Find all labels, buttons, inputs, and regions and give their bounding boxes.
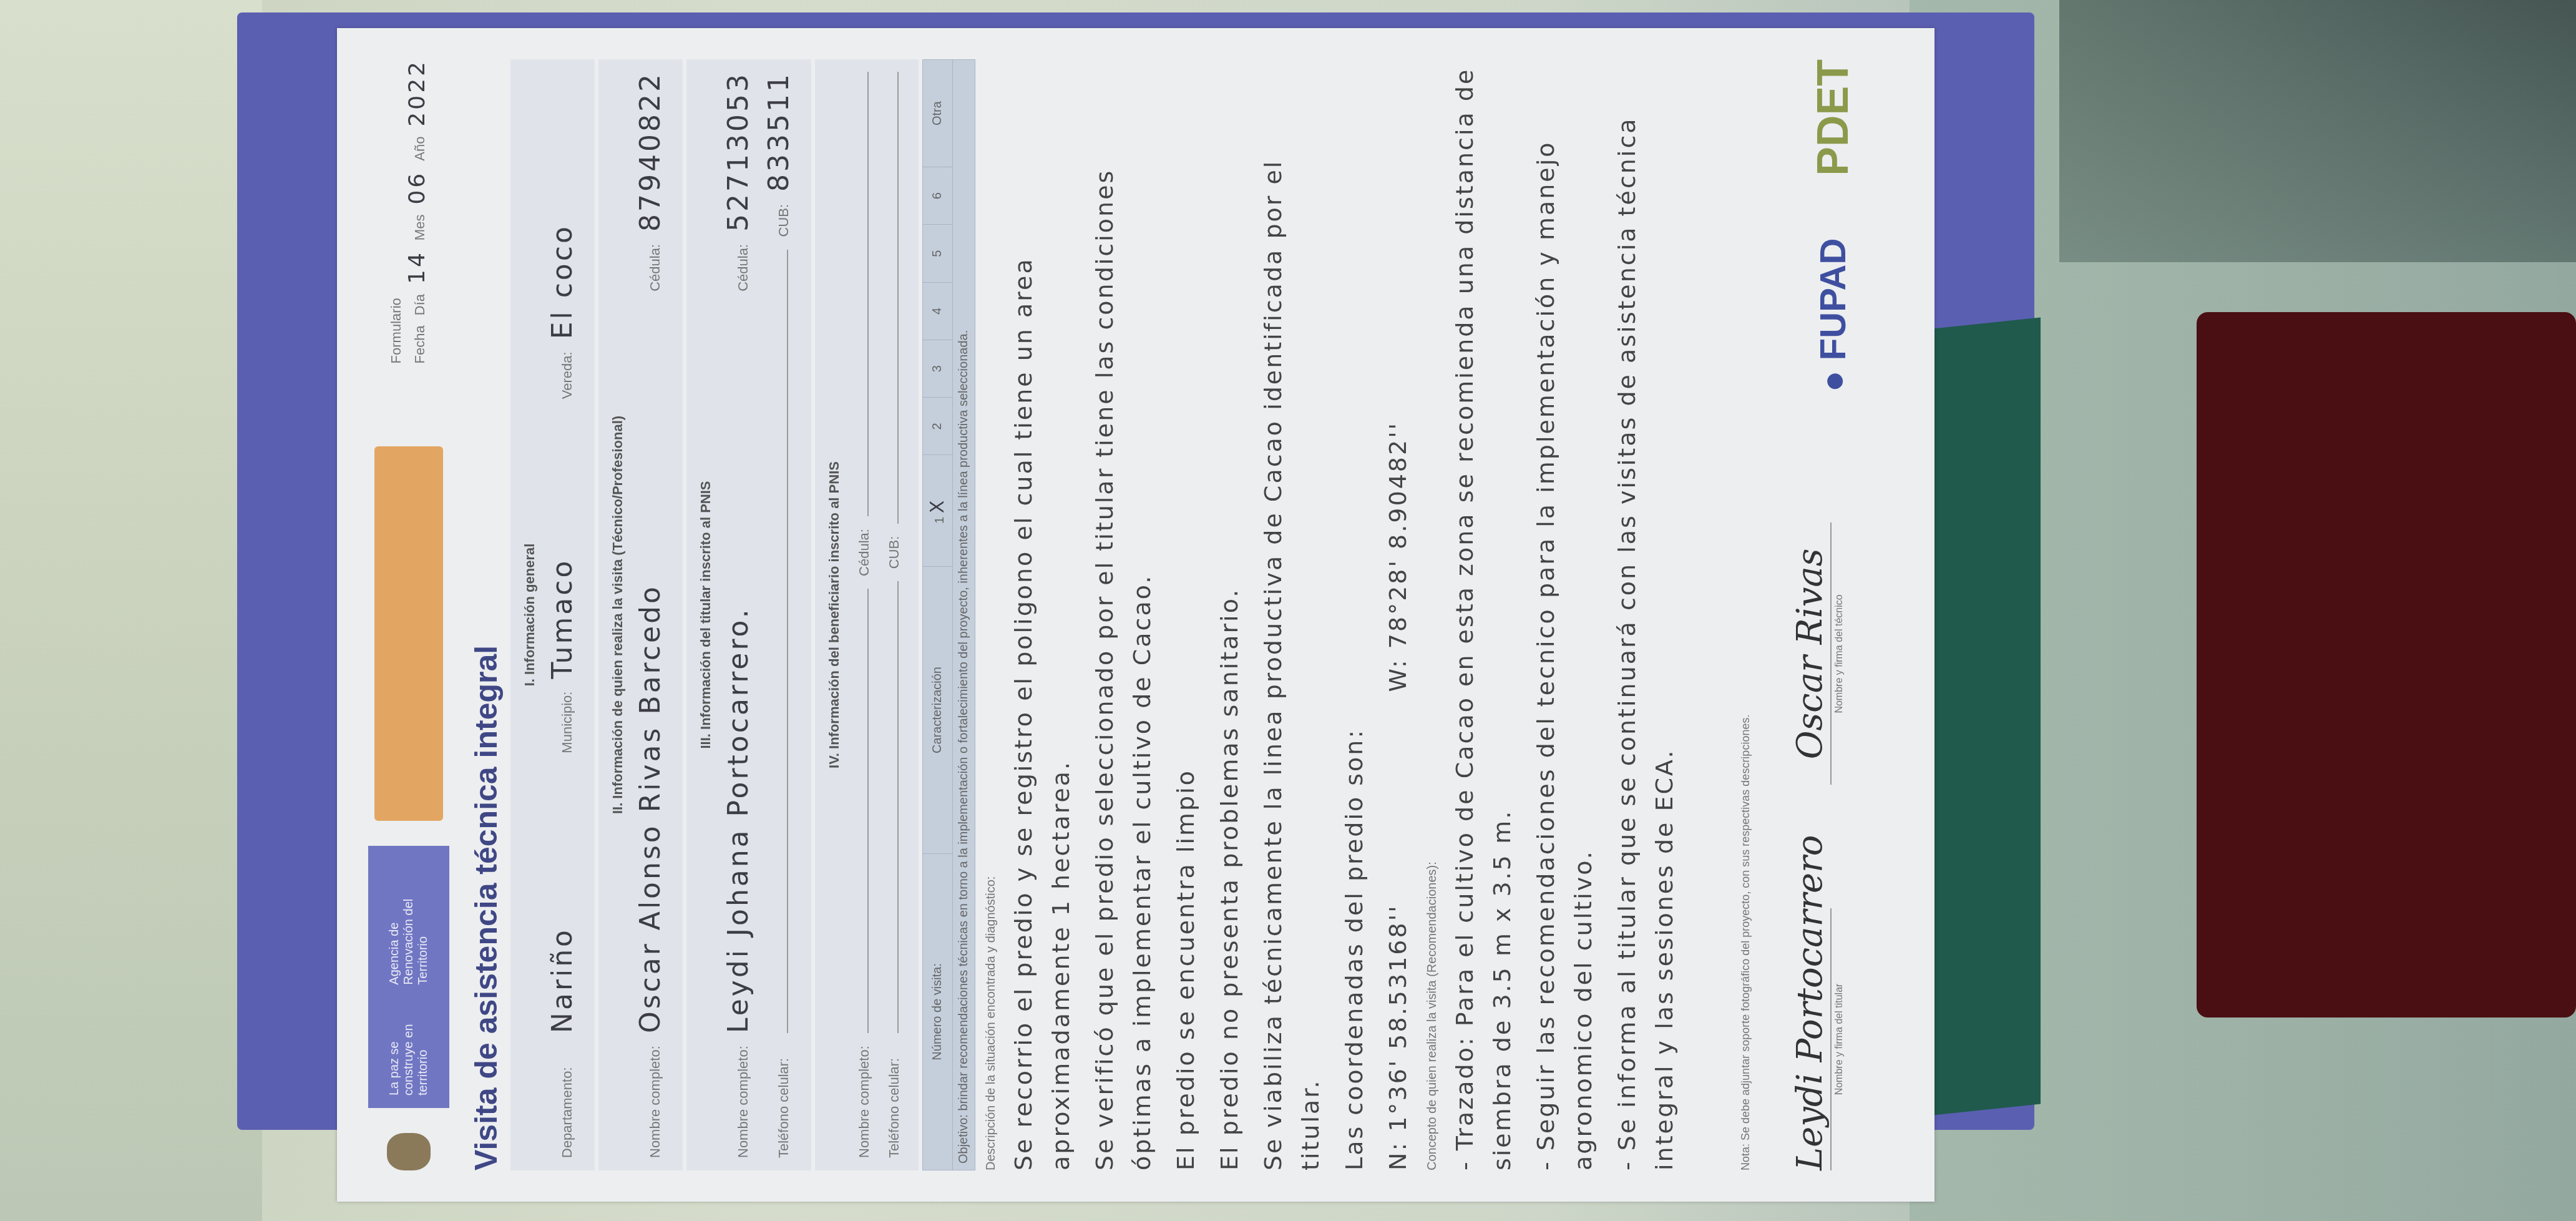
section-titular-info: III. Información del titular inscrito al… xyxy=(686,59,811,1170)
recomendacion-1: - Trazado: Para el cultivo de Cacao en e… xyxy=(1446,59,1521,1170)
titular-signature: Leydi Portocarrero Nombre y firma del ti… xyxy=(1790,835,1845,1170)
municipio-value: Tumaco xyxy=(547,411,578,679)
visit-mark: X xyxy=(927,498,949,514)
diagnostico-p2: Se verificó que el predio seleccionado p… xyxy=(1086,59,1161,1170)
pdet-logo: PDET xyxy=(1808,59,1858,176)
recomendaciones-label: Concepto de quien realiza la visita (Rec… xyxy=(1425,59,1440,1170)
coat-of-arms-logo xyxy=(387,1133,431,1170)
beneficiario-cub xyxy=(881,72,899,524)
section-technician-info: II. Información de quien realiza la visi… xyxy=(598,59,683,1170)
tecnico-signature: Oscar Rivas Nombre y firma del técnico xyxy=(1790,522,1845,785)
coord-north: N: 1°36' 58.53168'' xyxy=(1379,904,1417,1170)
objetivo-text: Objetivo: brindar recomendaciones técnic… xyxy=(953,60,975,1170)
visit-number-table: Número de visita: Caracterización 1 X 2 … xyxy=(922,59,975,1170)
departamento-value: Nariño xyxy=(547,766,578,1033)
diagnostico-p4: El predio no presenta problemas sanitari… xyxy=(1211,59,1248,1170)
section-beneficiario-info: IV. Información del beneficiario inscrit… xyxy=(815,59,919,1170)
diagnostico-label: Descripción de la situación encontrada y… xyxy=(984,59,998,1170)
vereda-value: El coco xyxy=(547,72,578,339)
government-logo: La paz se construye en territorio Agenci… xyxy=(368,846,449,1108)
form-header: La paz se construye en territorio Agenci… xyxy=(356,59,462,1170)
tecnico-cedula: 87940822 xyxy=(635,72,666,232)
tecnico-nombre: Oscar Alonso Rivas Barcedo xyxy=(635,304,666,1033)
diagnostico-p3: El predio se encuentra limpio xyxy=(1167,59,1204,1170)
visit-col-1: 1 X xyxy=(923,455,953,567)
paper-form: La paz se construye en territorio Agenci… xyxy=(337,28,1934,1202)
beneficiario-cedula xyxy=(851,72,869,516)
titular-telefono xyxy=(771,250,788,1033)
fecha-dia: 14 xyxy=(404,250,430,284)
diagnostico-p5: Se viabiliza técnicamente la linea produ… xyxy=(1254,59,1329,1170)
program-logo xyxy=(374,446,443,821)
coordinates: N: 1°36' 58.53168'' W: 78°28' 8.90482'' xyxy=(1379,59,1417,1170)
recomendacion-3: - Se informa al titular que se continuar… xyxy=(1608,59,1683,1170)
titular-nombre: Leydi Johana Portocarrero. xyxy=(723,304,754,1033)
fecha-anio: 2022 xyxy=(404,59,430,127)
diagnostico-p6: Las coordenadas del predio son: xyxy=(1335,59,1373,1170)
titular-cub: 833511 xyxy=(763,72,795,192)
photo-note: Nota: Se debe adjuntar soporte fotográfi… xyxy=(1739,59,1752,1170)
titular-cedula: 52713053 xyxy=(723,72,754,232)
background-wall xyxy=(0,0,262,1221)
fupad-logo: ● FUPAD xyxy=(1812,238,1854,393)
section-general-info: I. Información general Departamento: Nar… xyxy=(510,59,595,1170)
beneficiario-nombre xyxy=(851,589,869,1033)
beneficiario-telefono xyxy=(881,581,899,1033)
coord-west: W: 78°28' 8.90482'' xyxy=(1379,421,1417,692)
diagnostico-p1: Se recorrio el predio y se registro el p… xyxy=(1005,59,1080,1170)
recomendacion-2: - Seguir las recomendaciones del tecnico… xyxy=(1527,59,1602,1170)
red-cushion xyxy=(2197,312,2576,1017)
form-meta: Formulario Fecha Día 14 Mes 06 Año 2022 xyxy=(388,59,430,363)
form-title: Visita de asistencia técnica integral xyxy=(468,59,504,1170)
fecha-mes: 06 xyxy=(404,171,430,205)
